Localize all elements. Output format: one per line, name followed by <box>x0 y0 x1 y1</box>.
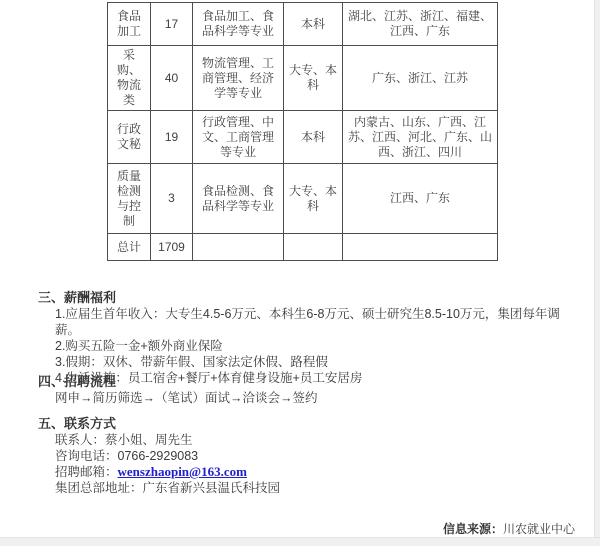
recruitment-positions-table: 食品加工 17 食品加工、食品科学等专业 本科 湖北、江苏、浙江、福建、江西、广… <box>107 2 498 261</box>
cell-regions: 内蒙古、山东、广西、江苏、江西、河北、广东、山西、浙江、四川 <box>343 111 498 164</box>
section-contact: 五、联系方式 联系人：蔡小姐、周先生 咨询电话：0766-2929083 招聘邮… <box>0 416 580 496</box>
page-edge-right <box>594 0 600 546</box>
cell-position: 采购、物流类 <box>108 46 151 111</box>
section-benefits: 三、薪酬福利 1.应届生首年收入：大专生4.5-6万元、本科生6-8万元、硕士研… <box>0 290 580 386</box>
cell-position: 质量检测与控制 <box>108 164 151 234</box>
benefits-item-holiday: 3.假期：双休、带薪年假、国家法定休假、路程假 <box>55 354 580 370</box>
recruitment-email-link[interactable]: wenszhaopin@163.com <box>118 464 247 479</box>
cell-regions: 江西、广东 <box>343 164 498 234</box>
cell-education <box>284 234 343 261</box>
cell-majors: 食品加工、食品科学等专业 <box>193 3 284 46</box>
cell-education: 大专、本科 <box>284 164 343 234</box>
table-row: 质量检测与控制 3 食品检测、食品科学等专业 大专、本科 江西、广东 <box>108 164 498 234</box>
cell-regions <box>343 234 498 261</box>
cell-position: 行政文秘 <box>108 111 151 164</box>
cell-count: 19 <box>151 111 193 164</box>
cell-position: 食品加工 <box>108 3 151 46</box>
benefits-item-income: 1.应届生首年收入：大专生4.5-6万元、本科生6-8万元、硕士研究生8.5-1… <box>55 306 580 338</box>
cell-majors: 行政管理、中文、工商管理等专业 <box>193 111 284 164</box>
contact-email-label: 招聘邮箱： <box>55 465 118 479</box>
cell-regions: 广东、浙江、江苏 <box>343 46 498 111</box>
cell-majors: 食品检测、食品科学等专业 <box>193 164 284 234</box>
cell-count: 1709 <box>151 234 193 261</box>
info-source-label: 信息来源： <box>443 522 503 536</box>
cell-count: 3 <box>151 164 193 234</box>
table-row: 食品加工 17 食品加工、食品科学等专业 本科 湖北、江苏、浙江、福建、江西、广… <box>108 3 498 46</box>
cell-count: 40 <box>151 46 193 111</box>
positions-table-wrap: 食品加工 17 食品加工、食品科学等专业 本科 湖北、江苏、浙江、福建、江西、广… <box>107 2 498 261</box>
cell-education: 本科 <box>284 111 343 164</box>
cell-regions: 湖北、江苏、浙江、福建、江西、广东 <box>343 3 498 46</box>
benefits-heading: 三、薪酬福利 <box>38 290 580 306</box>
cell-education: 大专、本科 <box>284 46 343 111</box>
info-source-footer: 信息来源：川农就业中心 <box>443 521 575 537</box>
cell-majors: 物流管理、工商管理、经济学等专业 <box>193 46 284 111</box>
contact-person: 联系人：蔡小姐、周先生 <box>55 432 580 448</box>
cell-majors <box>193 234 284 261</box>
contact-phone: 咨询电话：0766-2929083 <box>55 448 580 464</box>
benefits-item-insurance: 2.购买五险一金+额外商业保险 <box>55 338 580 354</box>
table-row-total: 总计 1709 <box>108 234 498 261</box>
table-row: 行政文秘 19 行政管理、中文、工商管理等专业 本科 内蒙古、山东、广西、江苏、… <box>108 111 498 164</box>
cell-position: 总计 <box>108 234 151 261</box>
table-row: 采购、物流类 40 物流管理、工商管理、经济学等专业 大专、本科 广东、浙江、江… <box>108 46 498 111</box>
contact-email-line: 招聘邮箱：wenszhaopin@163.com <box>55 464 580 480</box>
contact-heading: 五、联系方式 <box>38 416 580 432</box>
process-flow: 网申→简历筛选→（笔试）面试→洽谈会→签约 <box>55 390 580 406</box>
info-source-value: 川农就业中心 <box>503 522 575 536</box>
cell-count: 17 <box>151 3 193 46</box>
section-process: 四、招聘流程 网申→简历筛选→（笔试）面试→洽谈会→签约 <box>0 374 580 406</box>
cell-education: 本科 <box>284 3 343 46</box>
contact-address: 集团总部地址：广东省新兴县温氏科技园 <box>55 480 580 496</box>
process-heading: 四、招聘流程 <box>38 374 580 390</box>
page-edge-bottom <box>0 537 600 546</box>
